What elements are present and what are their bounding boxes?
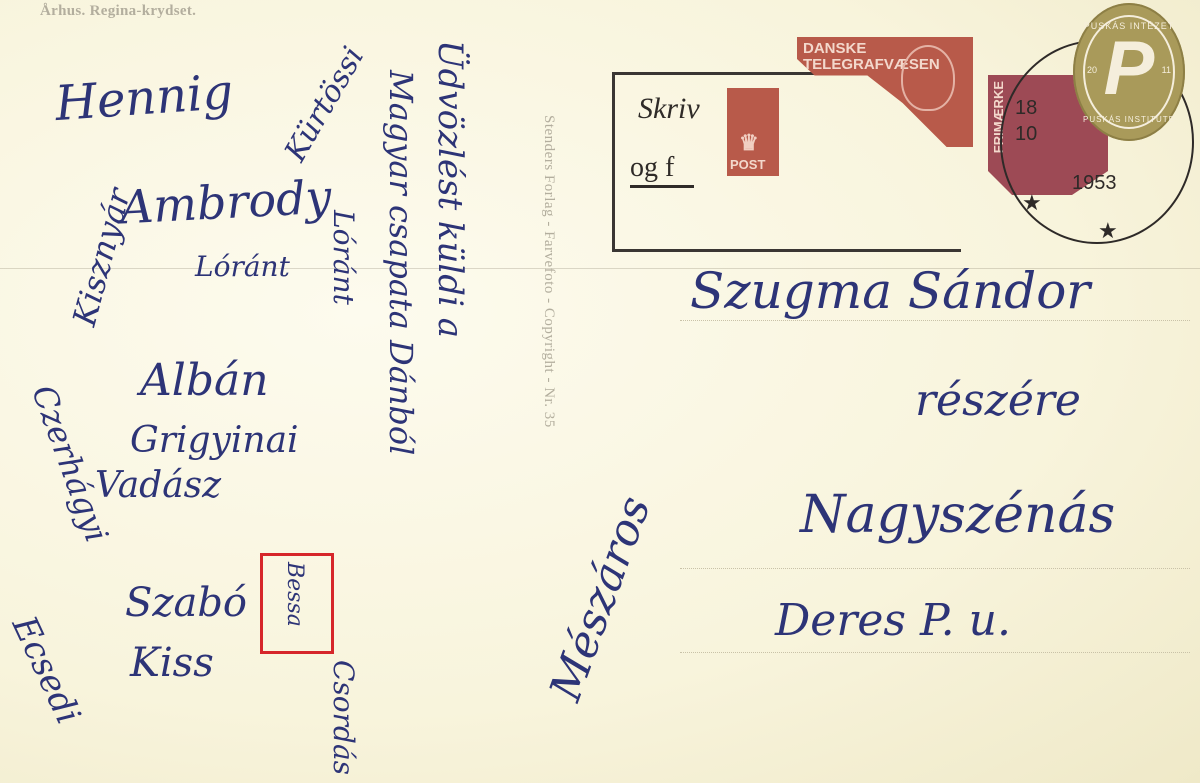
highlight-box xyxy=(260,553,334,654)
postcard-back: Århus. Regina-krydset. Stenders Forlag -… xyxy=(0,0,1200,783)
signature-center: Mészáros xyxy=(540,490,661,708)
stamp-label: POST xyxy=(730,157,765,172)
cancellation-slogan-line2: og f xyxy=(630,152,674,184)
signature: Csordás xyxy=(327,660,360,775)
signature: Ambrody xyxy=(119,170,333,235)
logo-bottom-text: PUSKÁS INSTITUTE xyxy=(1073,115,1185,124)
signature: Hennig xyxy=(53,64,235,132)
signature: Albán xyxy=(140,355,269,406)
logo-year-right: 11 xyxy=(1162,65,1171,75)
signature: Lóránt xyxy=(195,250,290,283)
signature: Kisznyár xyxy=(65,184,138,330)
publisher-line: Stenders Forlag - Farvefoto - Copyright … xyxy=(540,115,557,428)
signature: Kürtössi xyxy=(278,41,371,168)
address-guide-line xyxy=(680,320,1190,321)
signature: Vadász xyxy=(95,465,221,506)
star-icon: ★ xyxy=(1022,190,1042,216)
address-line2: részére xyxy=(915,375,1081,426)
cancellation-slogan-line1: Skriv xyxy=(638,92,700,126)
address-line4: Deres P. u. xyxy=(775,595,1011,646)
signature: Kiss xyxy=(130,640,214,686)
signature: Szabó xyxy=(125,580,247,626)
stamp-post: ♛ POST xyxy=(727,88,779,176)
message-line3: Lóránt xyxy=(327,210,360,305)
address-line3: Nagyszénás xyxy=(800,485,1115,545)
signature: Ecsedi xyxy=(4,610,88,730)
stamp-emblem-icon xyxy=(901,45,955,111)
address-line1: Szugma Sándor xyxy=(690,262,1090,320)
printed-caption: Århus. Regina-krydset. xyxy=(40,3,196,20)
logo-year-left: 20 xyxy=(1087,65,1097,75)
address-guide-line xyxy=(680,568,1190,569)
star-icon: ★ xyxy=(1098,218,1118,244)
message-line1: Üdvözlést küldi a xyxy=(430,40,470,338)
crown-icon: ♛ xyxy=(739,130,759,156)
signature: Czerhágyi xyxy=(24,380,116,547)
address-guide-line xyxy=(680,652,1190,653)
postmark-year: 1953 xyxy=(1072,172,1117,195)
message-line2: Magyar csapata Dánból xyxy=(382,70,420,455)
puskas-institute-logo: PUSKÁS INTÉZET P 20 11 PUSKÁS INSTITUTE xyxy=(1073,3,1185,141)
signature: Grigyinai xyxy=(130,420,299,461)
postmark-date: 18 10 xyxy=(1015,95,1037,147)
